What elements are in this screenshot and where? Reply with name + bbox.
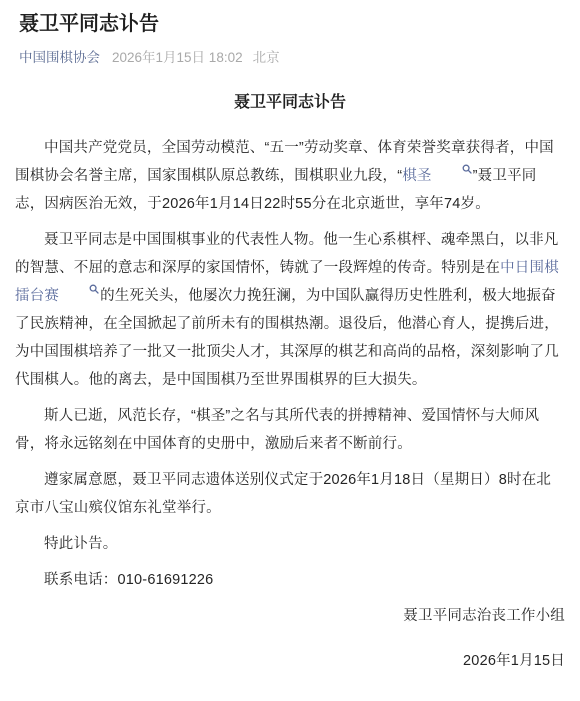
author-link[interactable]: 中国围棋协会 — [19, 50, 100, 65]
signature: 聂卫平同志治丧工作小组 — [15, 602, 565, 630]
entity-link-qisheng[interactable]: 棋圣 — [402, 168, 472, 184]
paragraph-farewell-arrangement: 遵家属意愿，聂卫平同志遗体送别仪式定于2026年1月18日（星期日）8时在北京市… — [15, 466, 565, 522]
paragraph-intro: 中国共产党党员，全国劳动模范、“五一”劳动奖章、体育荣誉奖章获得者，中国围棋协会… — [15, 134, 565, 218]
entity-link-text: 棋圣 — [402, 168, 431, 184]
article-heading: 聂卫平同志讣告 — [15, 92, 565, 114]
article-page: 聂卫平同志讣告 中国围棋协会2026年1月15日 18:02北京 聂卫平同志讣告… — [0, 0, 580, 701]
byline: 中国围棋协会2026年1月15日 18:02北京 — [19, 49, 565, 67]
publish-location: 北京 — [253, 50, 280, 65]
paragraph-tribute: 斯人已逝，风范长存，“棋圣”之名与其所代表的拼搏精神、爱国情怀与大师风骨，将永远… — [15, 402, 565, 458]
article-body: 聂卫平同志讣告 中国共产党党员，全国劳动模范、“五一”劳动奖章、体育荣誉奖章获得… — [15, 92, 565, 675]
signature-date: 2026年1月15日 — [15, 647, 565, 675]
paragraph-career: 聂卫平同志是中国围棋事业的代表性人物。他一生心系棋枰、魂牵黑白，以非凡的智慧、不… — [15, 226, 565, 394]
page-title: 聂卫平同志讣告 — [19, 10, 565, 38]
search-icon — [60, 284, 99, 294]
contact-phone: 联系电话：010-61691226 — [15, 566, 565, 594]
paragraph-closing: 特此讣告。 — [15, 530, 565, 558]
search-icon — [433, 164, 472, 174]
paragraph-text: 聂卫平同志是中国围棋事业的代表性人物。他一生心系棋枰、魂牵黑白，以非凡的智慧、不… — [15, 232, 559, 276]
publish-datetime: 2026年1月15日 18:02 — [112, 50, 243, 65]
